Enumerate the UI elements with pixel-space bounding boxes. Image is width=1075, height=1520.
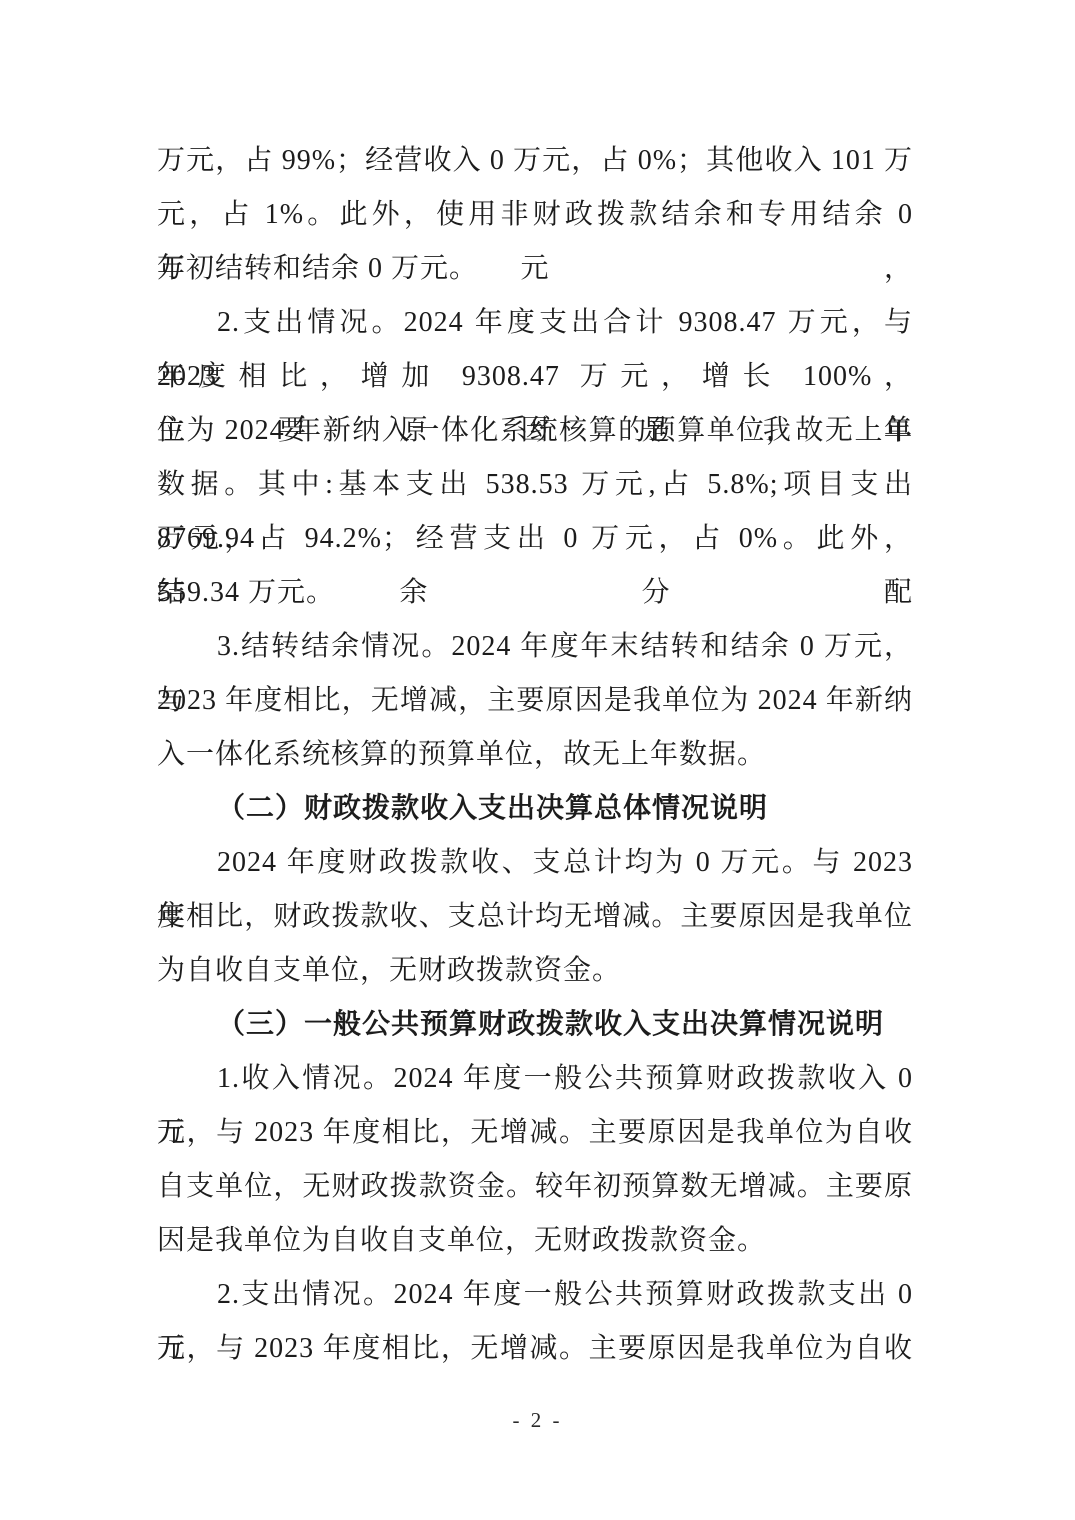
body-line: 数据。其中:基本支出 538.53 万元,占 5.8%;项目支出 8769.94 [157, 458, 913, 512]
document-body: 万元，占 99%；经营收入 0 万元，占 0%；其他收入 101 万 元，占 1… [157, 134, 913, 1376]
body-line: 度相比，财政拨款收、支总计均无增减。主要原因是我单位 [157, 890, 913, 944]
page-number: - 2 - [0, 1406, 1075, 1434]
section-heading-2: （二）财政拨款收入支出决算总体情况说明 [157, 782, 913, 836]
body-line: 因是我单位为自收自支单位，无财政拨款资金。 [157, 1214, 913, 1268]
body-line: 1.收入情况。2024 年度一般公共预算财政拨款收入 0 万 [157, 1052, 913, 1106]
body-line: 位为 2024 年新纳入一体化系统核算的预算单位，故无上年 [157, 404, 913, 458]
body-line: 元，占 1%。此外，使用非财政拨款结余和专用结余 0 万元， [157, 188, 913, 242]
body-line: 元，与 2023 年度相比，无增减。主要原因是我单位为自收 [157, 1106, 913, 1160]
body-line: 2023 年度相比，无增减，主要原因是我单位为 2024 年新纳 [157, 674, 913, 728]
body-line: 2.支出情况。2024 年度支出合计 9308.47 万元，与 2023 [157, 296, 913, 350]
body-line: 3.结转结余情况。2024 年度年末结转和结余 0 万元，与 [157, 620, 913, 674]
document-page: 万元，占 99%；经营收入 0 万元，占 0%；其他收入 101 万 元，占 1… [0, 0, 1075, 1520]
section-heading-3: （三）一般公共预算财政拨款收入支出决算情况说明 [157, 998, 913, 1052]
body-line: 元，与 2023 年度相比，无增减。主要原因是我单位为自收 [157, 1322, 913, 1376]
body-line: 万元，占 99%；经营收入 0 万元，占 0%；其他收入 101 万 [157, 134, 913, 188]
body-line: 入一体化系统核算的预算单位，故无上年数据。 [157, 728, 913, 782]
body-line: 自支单位，无财政拨款资金。较年初预算数无增减。主要原 [157, 1160, 913, 1214]
body-line: 万元，占 94.2%；经营支出 0 万元，占 0%。此外，结余分配 [157, 512, 913, 566]
body-line: 年度相比，增加 9308.47 万元，增长 100%，主要原因是我单 [157, 350, 913, 404]
body-line: 2024 年度财政拨款收、支总计均为 0 万元。与 2023 年 [157, 836, 913, 890]
body-line: 为自收自支单位，无财政拨款资金。 [157, 944, 913, 998]
body-line: 2.支出情况。2024 年度一般公共预算财政拨款支出 0 万 [157, 1268, 913, 1322]
